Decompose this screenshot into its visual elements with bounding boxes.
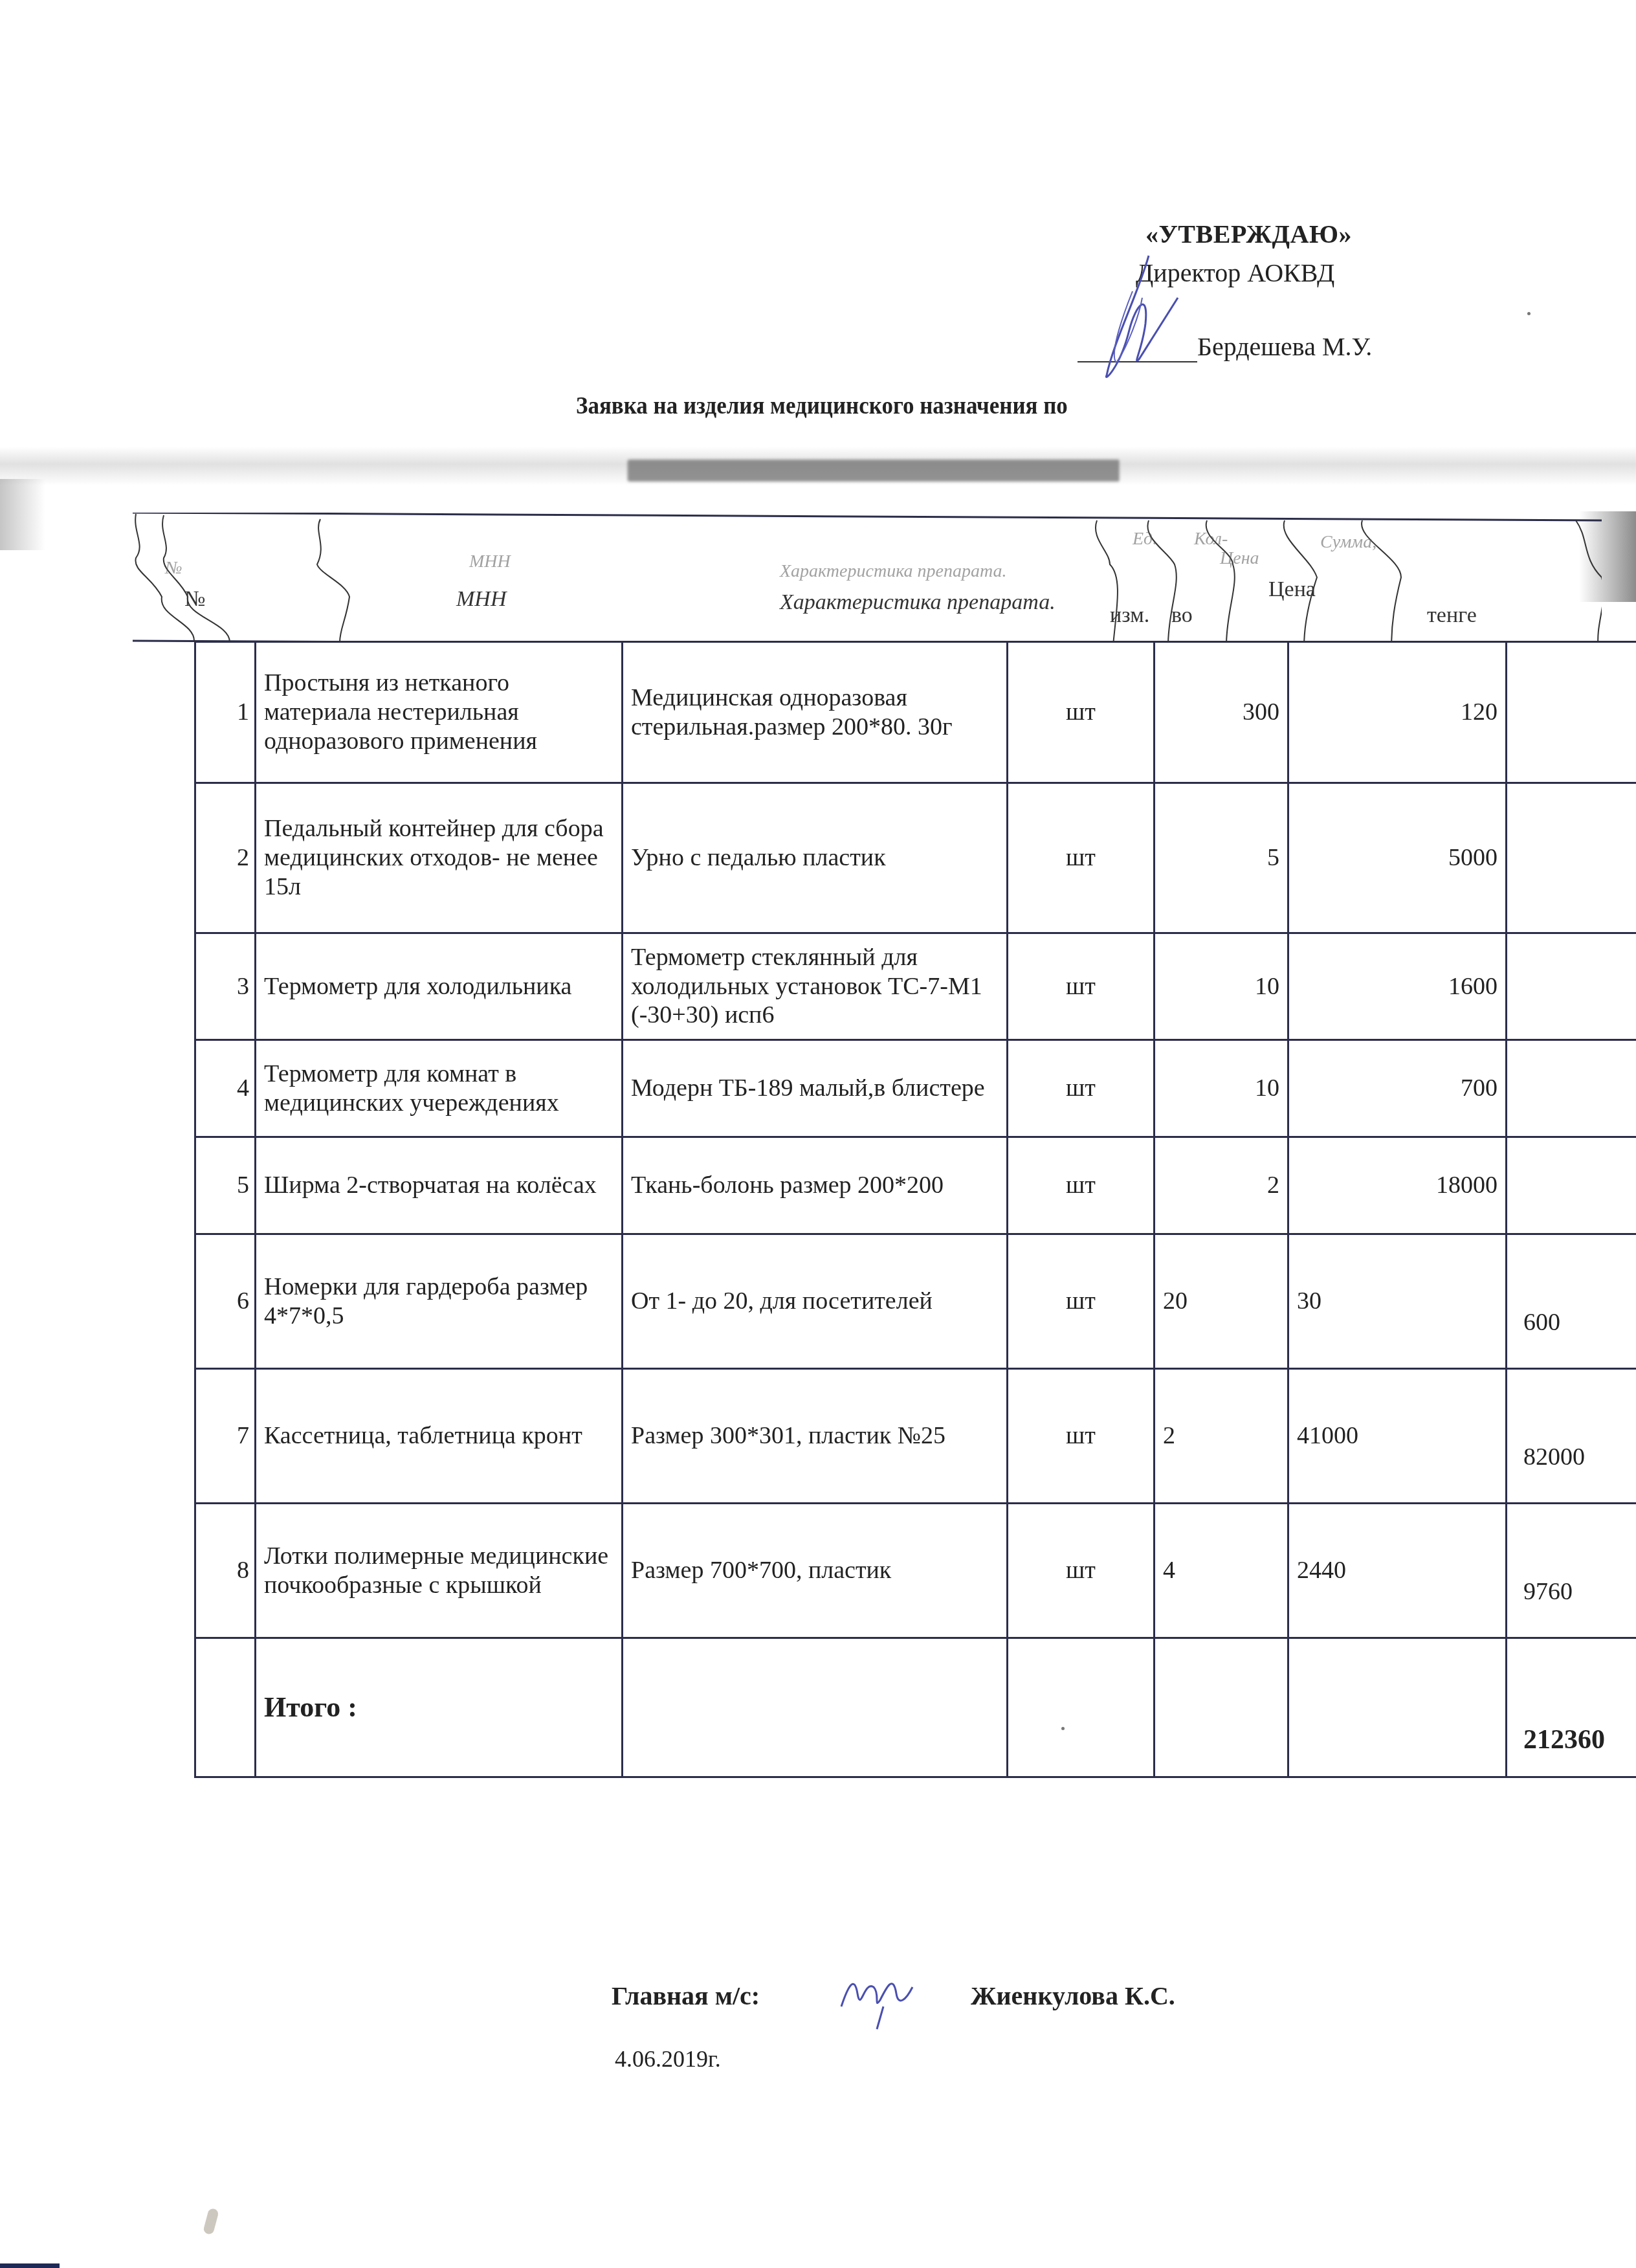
table-row: 8 Лотки полимерные медицинские почкообра…	[195, 1504, 1636, 1638]
header-spec-ghost: Характеристика препарата.	[780, 561, 1007, 582]
row-specification: Термометр стеклянный для холодильных уст…	[623, 933, 1008, 1040]
empty-cell	[1288, 1638, 1507, 1777]
row-number: 7	[195, 1369, 256, 1504]
head-nurse-signature-icon	[835, 1961, 919, 2032]
row-specification: Урно с педалью пластик	[623, 783, 1008, 933]
document-title: Заявка на изделия медицинского назначени…	[576, 392, 1068, 420]
scan-corner-artifact	[0, 2263, 60, 2268]
table-row: 3 Термометр для холодильника Термометр с…	[195, 933, 1636, 1040]
scan-speck	[1061, 1727, 1065, 1730]
row-specification: Медицинская одноразовая стерильная.разме…	[623, 642, 1008, 783]
row-sum: 16000	[1507, 933, 1636, 1040]
row-number: 6	[195, 1234, 256, 1369]
header-num-ghost: №	[165, 558, 182, 579]
header-name: МНН	[456, 587, 506, 612]
header-spec: Характеристика препарата.	[780, 590, 1056, 615]
row-specification: Размер 700*700, пластик	[623, 1504, 1008, 1638]
row-unit: шт	[1008, 933, 1155, 1040]
row-item-name: Термометр для комнат в медицинских учере…	[256, 1040, 623, 1137]
row-quantity: 2	[1155, 1369, 1288, 1504]
row-unit: шт	[1008, 1137, 1155, 1234]
header-name-ghost: МНН	[469, 551, 511, 572]
total-sum: 212360	[1507, 1638, 1636, 1777]
header-sum: тенге	[1427, 603, 1477, 628]
row-item-name: Лотки полимерные медицинские почкообразн…	[256, 1504, 623, 1638]
row-number: 1	[195, 642, 256, 783]
row-price: 1600	[1288, 933, 1507, 1040]
header-unit: изм.	[1110, 603, 1149, 628]
header-num: №	[184, 587, 205, 612]
row-unit: шт	[1008, 642, 1155, 783]
row-item-name: Простыня из нетканого материала нестерил…	[256, 642, 623, 783]
table-row: 7 Кассетница, таблетница кронт Размер 30…	[195, 1369, 1636, 1504]
row-specification: От 1- до 20, для посетителей	[623, 1234, 1008, 1369]
row-quantity: 300	[1155, 642, 1288, 783]
header-unit-ghost: Ед.	[1133, 529, 1157, 550]
row-unit: шт	[1008, 1234, 1155, 1369]
head-nurse-role: Главная м/с:	[612, 1981, 760, 2011]
head-nurse-name: Жиенкулова К.С.	[971, 1981, 1175, 2011]
scan-smudge	[203, 2208, 219, 2236]
header-price: Цена	[1268, 577, 1316, 602]
table-row: 5 Ширма 2-створчатая на колёсах Ткань-бо…	[195, 1137, 1636, 1234]
row-price: 30	[1288, 1234, 1507, 1369]
row-quantity: 5	[1155, 783, 1288, 933]
row-number: 5	[195, 1137, 256, 1234]
row-number: 4	[195, 1040, 256, 1137]
row-quantity: 4	[1155, 1504, 1288, 1638]
table-row: 6 Номерки для гардероба размер 4*7*0,5 О…	[195, 1234, 1636, 1369]
row-sum: 25000	[1507, 783, 1636, 933]
row-price: 700	[1288, 1040, 1507, 1137]
row-unit: шт	[1008, 1369, 1155, 1504]
row-number: 8	[195, 1504, 256, 1638]
row-quantity: 2	[1155, 1137, 1288, 1234]
blurred-subtitle	[628, 460, 1120, 482]
row-specification: Размер 300*301, пластик №25	[623, 1369, 1008, 1504]
row-number: 2	[195, 783, 256, 933]
total-label: Итого :	[256, 1638, 623, 1777]
empty-cell	[1155, 1638, 1288, 1777]
row-price: 18000	[1288, 1137, 1507, 1234]
row-item-name: Термометр для холодильника	[256, 933, 623, 1040]
table-row: 4 Термометр для комнат в медицинских уче…	[195, 1040, 1636, 1137]
row-item-name: Педальный контейнер для сбора медицински…	[256, 783, 623, 933]
row-item-name: Номерки для гардероба размер 4*7*0,5	[256, 1234, 623, 1369]
scan-speck	[1527, 312, 1531, 315]
row-quantity: 10	[1155, 1040, 1288, 1137]
document-date: 4.06.2019г.	[615, 2045, 721, 2073]
director-signature-icon	[1087, 252, 1230, 382]
row-sum: 36000	[1507, 642, 1636, 783]
row-sum: 7000	[1507, 1040, 1636, 1137]
row-unit: шт	[1008, 783, 1155, 933]
row-specification: Модерн ТБ-189 малый,в блистере	[623, 1040, 1008, 1137]
empty-cell	[195, 1638, 256, 1777]
row-price: 5000	[1288, 783, 1507, 933]
row-number: 3	[195, 933, 256, 1040]
row-unit: шт	[1008, 1040, 1155, 1137]
row-sum: 36000	[1507, 1137, 1636, 1234]
row-quantity: 20	[1155, 1234, 1288, 1369]
row-price: 2440	[1288, 1504, 1507, 1638]
empty-cell	[1008, 1638, 1155, 1777]
empty-cell	[623, 1638, 1008, 1777]
items-table: 1 Простыня из нетканого материала нестер…	[194, 641, 1636, 1778]
row-price: 41000	[1288, 1369, 1507, 1504]
row-item-name: Кассетница, таблетница кронт	[256, 1369, 623, 1504]
approval-heading: «УТВЕРЖДАЮ»	[1145, 219, 1352, 249]
row-item-name: Ширма 2-створчатая на колёсах	[256, 1137, 623, 1234]
table-row: 1 Простыня из нетканого материала нестер…	[195, 642, 1636, 783]
table-header-distorted: № № МНН МНН Характеристика препарата. Ха…	[133, 513, 1602, 642]
row-sum: 600	[1507, 1234, 1636, 1369]
header-sum-ghost: Сумма,	[1320, 532, 1376, 553]
row-price: 120	[1288, 642, 1507, 783]
header-qty: во	[1171, 603, 1193, 628]
table-row: 2 Педальный контейнер для сбора медицинс…	[195, 783, 1636, 933]
row-sum: 82000	[1507, 1369, 1636, 1504]
header-price-ghost: Цена	[1220, 548, 1259, 569]
row-sum: 9760	[1507, 1504, 1636, 1638]
header-qty-ghost: Кол-	[1194, 529, 1228, 550]
row-specification: Ткань-болонь размер 200*200	[623, 1137, 1008, 1234]
total-row: Итого :212360	[195, 1638, 1636, 1777]
scan-edge-shadow	[0, 479, 45, 550]
row-unit: шт	[1008, 1504, 1155, 1638]
row-quantity: 10	[1155, 933, 1288, 1040]
